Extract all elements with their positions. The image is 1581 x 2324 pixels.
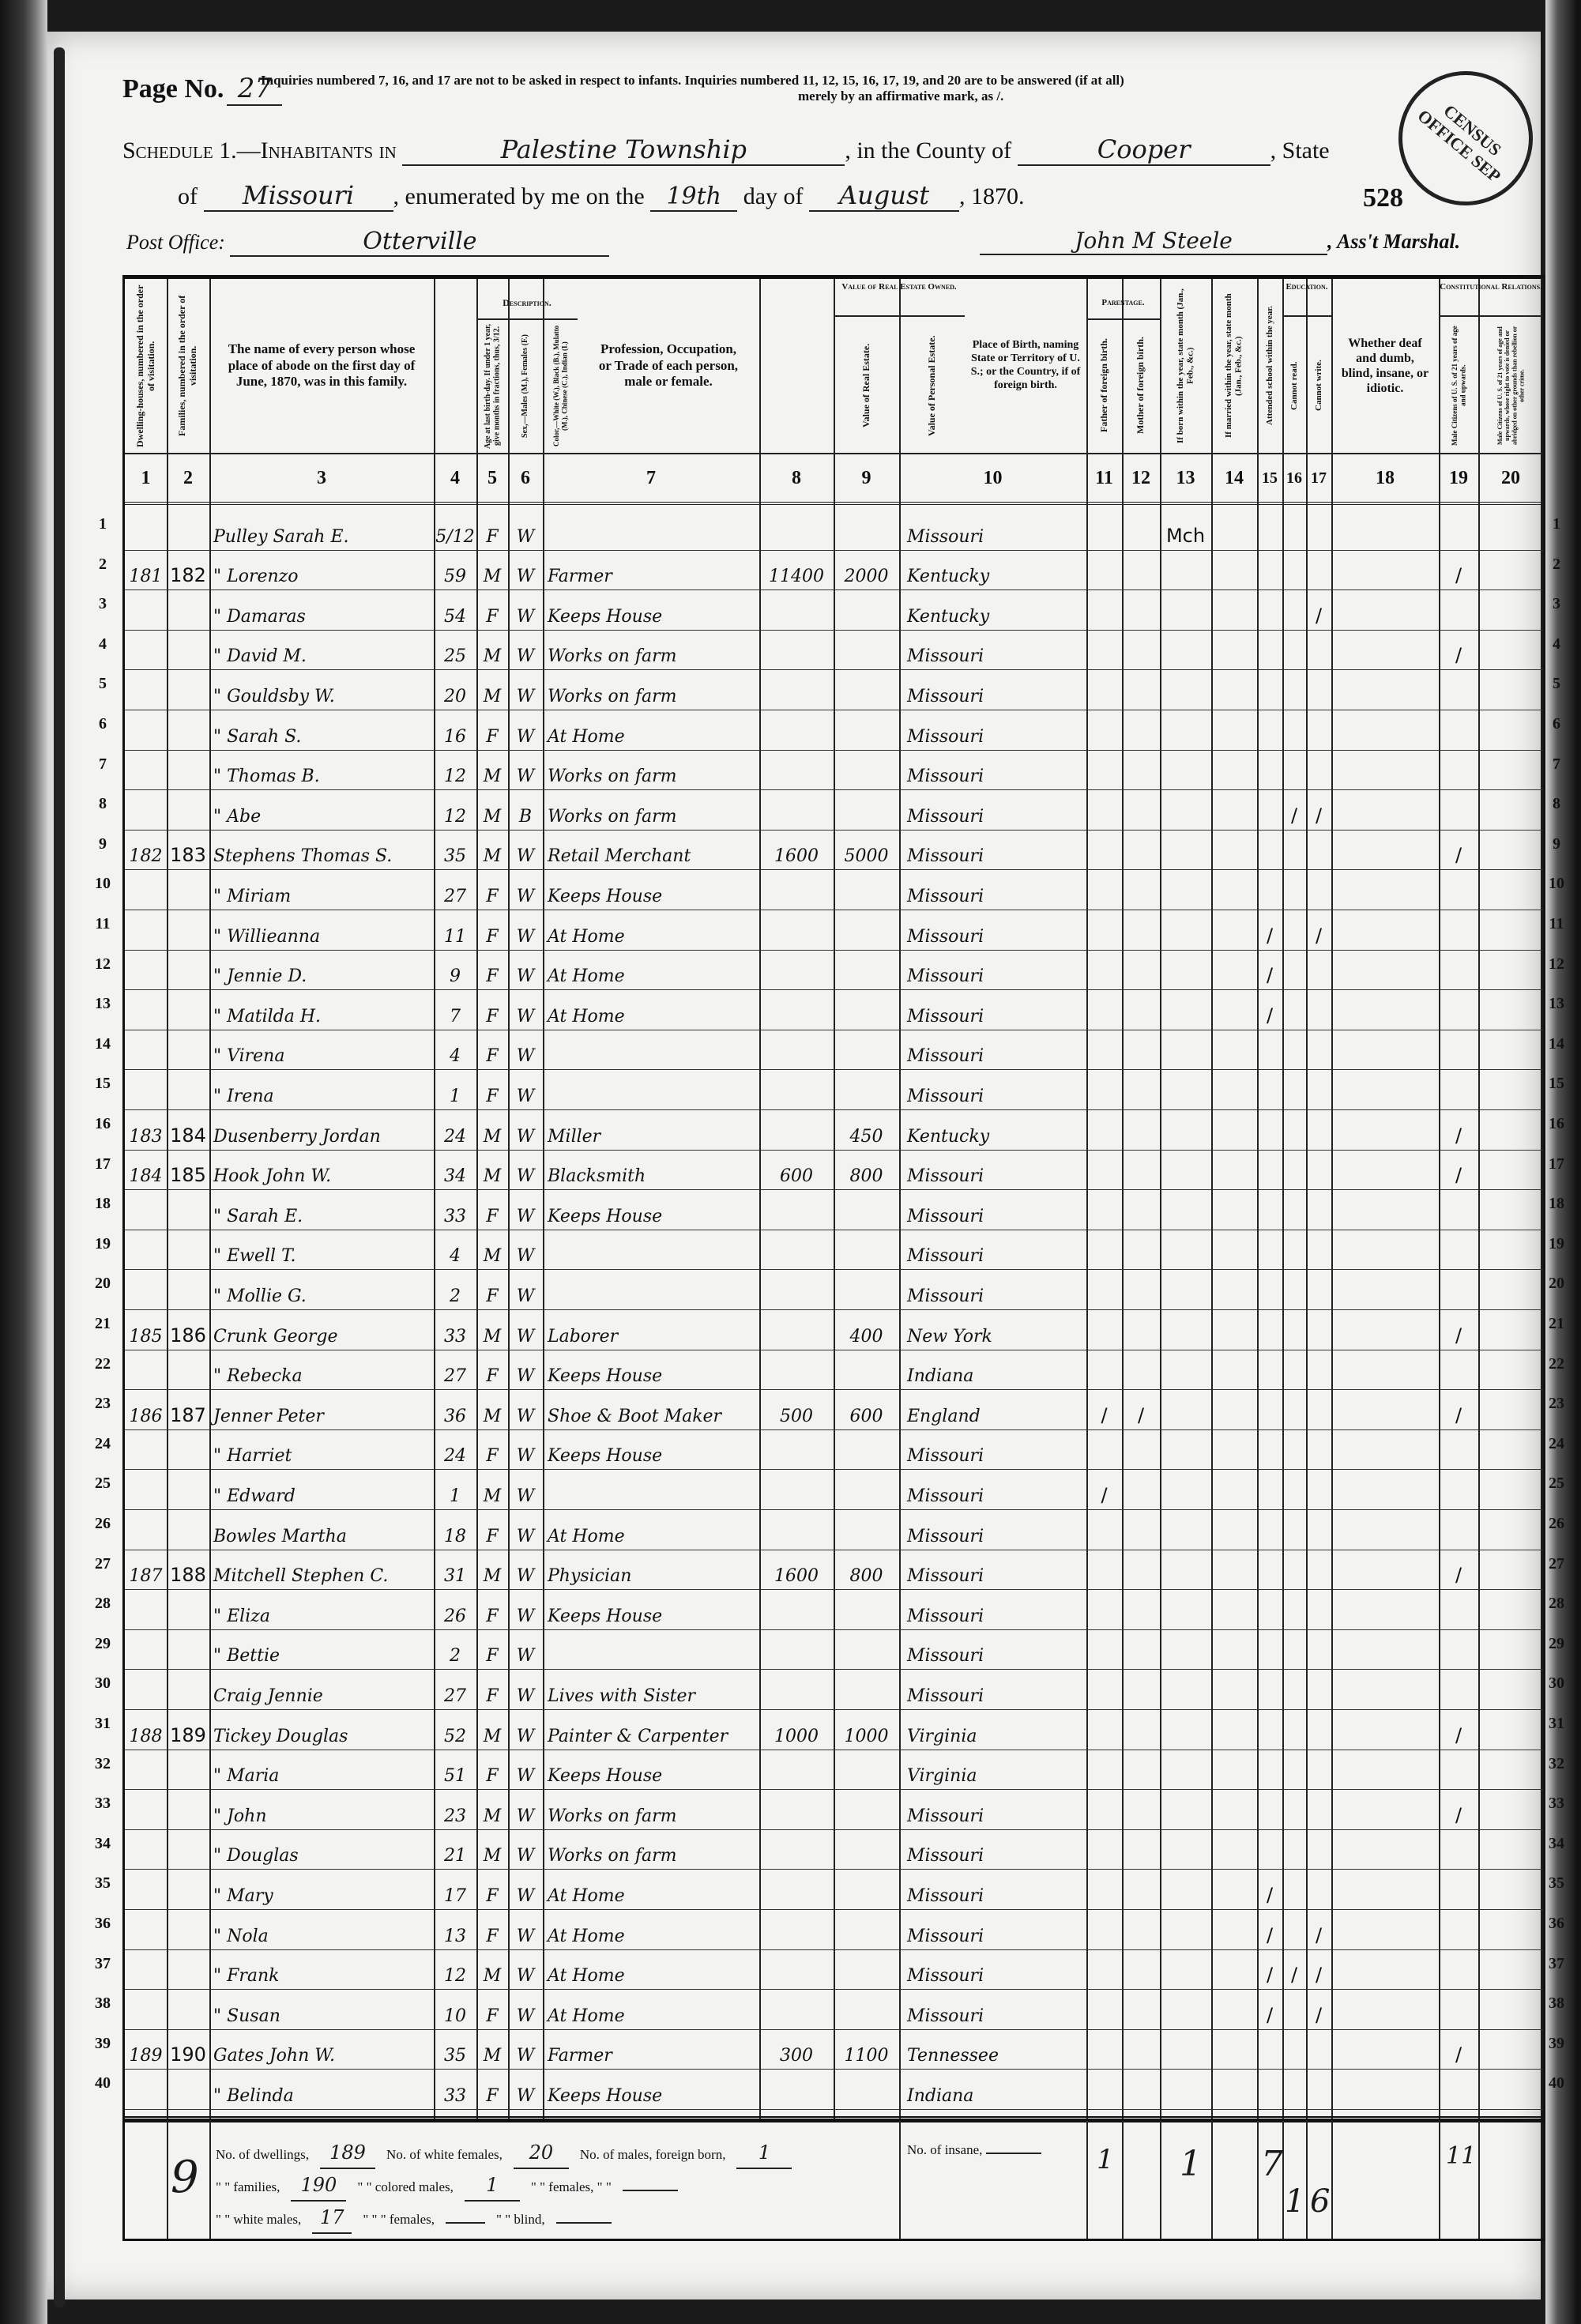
cell-personal <box>834 1350 899 1390</box>
cell-age: 13 <box>434 1909 476 1949</box>
cell-f12 <box>1122 1030 1160 1070</box>
cell-personal <box>834 1589 899 1629</box>
row-number: 30 <box>87 1674 119 1693</box>
cell-f20 <box>1478 1429 1543 1470</box>
cell-f14 <box>1211 1109 1257 1150</box>
cell-f18 <box>1331 1709 1439 1750</box>
table-row: Craig Jennie27FWLives with SisterMissour… <box>125 1669 1543 1710</box>
header-col-18: Whether deaf and dumb, blind, insane, or… <box>1331 279 1439 453</box>
cell-f11 <box>1086 1509 1122 1550</box>
cell-dwelling <box>125 1269 167 1309</box>
row-number: 7 <box>87 755 119 774</box>
cell-f11 <box>1086 510 1122 550</box>
cell-f15 <box>1257 1829 1282 1870</box>
header-col-11: Father of foreign birth. <box>1086 318 1122 453</box>
cell-f15: / <box>1257 910 1282 950</box>
cell-family <box>167 1429 209 1470</box>
cell-f20 <box>1478 2069 1543 2109</box>
cell-age: 18 <box>434 1509 476 1550</box>
row-number: 39 <box>1541 2035 1572 2053</box>
cell-f20 <box>1478 1030 1543 1070</box>
row-number: 16 <box>1541 1115 1572 1133</box>
white-males-value: 17 <box>312 2202 352 2234</box>
instructions-line-2: merely by an affirmative mark, as /. <box>261 89 1398 104</box>
cell-birthplace: Missouri <box>907 1550 1086 1590</box>
cell-color: W <box>508 1989 543 2029</box>
cell-f18 <box>1331 1589 1439 1629</box>
cell-f13 <box>1160 2069 1211 2109</box>
cell-real: 1000 <box>759 1709 834 1750</box>
row-number: 39 <box>87 2035 119 2053</box>
cell-f16 <box>1282 1069 1306 1109</box>
cell-dwelling <box>125 1669 167 1709</box>
header-col-16: Cannot read. <box>1282 318 1306 453</box>
cell-birthplace: Indiana <box>907 1350 1086 1390</box>
cell-f14 <box>1211 910 1257 950</box>
cell-real: 1600 <box>759 1550 834 1590</box>
cell-f14 <box>1211 1469 1257 1509</box>
cell-family <box>167 1750 209 1790</box>
cell-f11 <box>1086 869 1122 910</box>
cell-f12 <box>1122 1469 1160 1509</box>
cell-family: 190 <box>167 2029 209 2070</box>
cell-f12 <box>1122 1789 1160 1829</box>
table-row: " Matilda H.7FWAt HomeMissouri/ <box>125 989 1543 1030</box>
cell-f17 <box>1306 550 1331 590</box>
cell-f19 <box>1439 1509 1478 1550</box>
instructions-line-1: Inquiries numbered 7, 16, and 17 are not… <box>261 73 1398 89</box>
cell-f14 <box>1211 830 1257 870</box>
cell-age: 26 <box>434 1589 476 1629</box>
cell-f17 <box>1306 2029 1331 2070</box>
cell-color: W <box>508 630 543 670</box>
cell-f13 <box>1160 1189 1211 1230</box>
insane-value <box>986 2153 1041 2154</box>
cell-f18 <box>1331 1469 1439 1509</box>
cell-f15 <box>1257 830 1282 870</box>
cell-birthplace: Missouri <box>907 750 1086 790</box>
table-row: " Frank12MWAt HomeMissouri/// <box>125 1949 1543 1991</box>
cell-dwelling <box>125 1469 167 1509</box>
cell-f16 <box>1282 830 1306 870</box>
cell-f19 <box>1439 989 1478 1030</box>
cell-birthplace: Missouri <box>907 830 1086 870</box>
cell-f15 <box>1257 1509 1282 1550</box>
row-number: 34 <box>1541 1835 1572 1853</box>
cell-f16 <box>1282 989 1306 1030</box>
cell-f20 <box>1478 1629 1543 1670</box>
cell-f12 <box>1122 1629 1160 1670</box>
cell-f18 <box>1331 869 1439 910</box>
row-number: 9 <box>1541 835 1572 853</box>
cell-f17: / <box>1306 1949 1331 1990</box>
row-number: 1 <box>1541 515 1572 533</box>
cell-f19 <box>1439 1829 1478 1870</box>
cell-color: W <box>508 1709 543 1750</box>
cell-f11 <box>1086 1629 1122 1670</box>
cell-f14 <box>1211 1629 1257 1670</box>
cell-birthplace: Tennessee <box>907 2029 1086 2070</box>
cell-f16 <box>1282 630 1306 670</box>
cell-family <box>167 1789 209 1829</box>
cell-f18 <box>1331 1949 1439 1990</box>
cell-personal <box>834 1629 899 1670</box>
cell-f12 <box>1122 1989 1160 2029</box>
cell-f16 <box>1282 669 1306 710</box>
cell-personal <box>834 1909 899 1949</box>
table-row: " Virena4FWMissouri <box>125 1030 1543 1071</box>
cell-f18 <box>1331 1750 1439 1790</box>
row-number: 31 <box>87 1715 119 1733</box>
cell-dwelling <box>125 1509 167 1550</box>
cell-f13 <box>1160 1709 1211 1750</box>
cell-f13 <box>1160 1989 1211 2029</box>
cell-real <box>759 750 834 790</box>
cell-family <box>167 1989 209 2029</box>
cell-sex: F <box>476 510 508 550</box>
families-value: 190 <box>291 2170 346 2202</box>
cell-f11 <box>1086 1709 1122 1750</box>
cell-f14 <box>1211 1150 1257 1190</box>
cell-f19: / <box>1439 1789 1478 1829</box>
cell-f19 <box>1439 1949 1478 1990</box>
cell-family <box>167 1469 209 1509</box>
cell-f15 <box>1257 1309 1282 1350</box>
cell-personal: 800 <box>834 1150 899 1190</box>
table-row: " Mary17FWAt HomeMissouri/ <box>125 1869 1543 1910</box>
table-row: " John23MWWorks on farmMissouri/ <box>125 1789 1543 1830</box>
cell-f20 <box>1478 1309 1543 1350</box>
cell-f15 <box>1257 1109 1282 1150</box>
cell-f16 <box>1282 1309 1306 1350</box>
cell-real: 11400 <box>759 550 834 590</box>
cell-f20 <box>1478 589 1543 630</box>
cell-sex: F <box>476 1989 508 2029</box>
table-row: " Bettie2FWMissouri <box>125 1629 1543 1670</box>
cell-f12 <box>1122 2029 1160 2070</box>
cell-color: W <box>508 1069 543 1109</box>
cell-real <box>759 589 834 630</box>
cell-f11 <box>1086 950 1122 990</box>
cell-birthplace: Virginia <box>907 1750 1086 1790</box>
cell-real: 300 <box>759 2029 834 2070</box>
row-number: 40 <box>87 2074 119 2092</box>
cell-personal <box>834 869 899 910</box>
cell-f14 <box>1211 1709 1257 1750</box>
cell-f20 <box>1478 910 1543 950</box>
cell-f13 <box>1160 710 1211 750</box>
col-num: 3 <box>209 454 434 502</box>
cell-f16 <box>1282 1589 1306 1629</box>
schedule-label: Schedule 1.—Inhabitants in <box>122 137 397 164</box>
cell-f12 <box>1122 1829 1160 1870</box>
row-number: 29 <box>87 1635 119 1653</box>
cell-real <box>759 1509 834 1550</box>
cell-age: 27 <box>434 1350 476 1390</box>
cell-f16 <box>1282 2029 1306 2070</box>
cell-f19 <box>1439 1069 1478 1109</box>
cell-f19 <box>1439 710 1478 750</box>
cell-age: 24 <box>434 1109 476 1150</box>
cell-dwelling <box>125 950 167 990</box>
row-number: 18 <box>87 1195 119 1213</box>
cell-f17 <box>1306 1629 1331 1670</box>
cell-personal <box>834 710 899 750</box>
row-number: 26 <box>87 1515 119 1533</box>
header-col-12: Mother of foreign birth. <box>1122 318 1160 453</box>
cell-f20 <box>1478 989 1543 1030</box>
day-value: 19th <box>650 183 737 212</box>
cell-age: 12 <box>434 789 476 830</box>
row-number: 11 <box>1541 915 1572 933</box>
cell-color: W <box>508 510 543 550</box>
cell-f17 <box>1306 1750 1331 1790</box>
cell-f11 <box>1086 1230 1122 1270</box>
cell-f16 <box>1282 1750 1306 1790</box>
cell-real <box>759 1030 834 1070</box>
cell-f12 <box>1122 1069 1160 1109</box>
col-num: 8 <box>759 454 834 502</box>
row-number: 10 <box>1541 875 1572 893</box>
cell-personal <box>834 1269 899 1309</box>
sheet-number: 528 <box>1363 183 1403 213</box>
cell-f11 <box>1086 1429 1122 1470</box>
cell-f15 <box>1257 750 1282 790</box>
cell-birthplace: Missouri <box>907 510 1086 550</box>
cell-f15 <box>1257 1189 1282 1230</box>
cell-f16 <box>1282 1550 1306 1590</box>
cell-f12 <box>1122 989 1160 1030</box>
cell-age: 23 <box>434 1789 476 1829</box>
cell-f19: / <box>1439 1109 1478 1150</box>
cell-dwelling <box>125 1189 167 1230</box>
cell-f12 <box>1122 589 1160 630</box>
cell-age: 24 <box>434 1429 476 1470</box>
row-number: 9 <box>87 835 119 853</box>
cell-f11 <box>1086 1350 1122 1390</box>
of-label: of <box>178 183 198 209</box>
cell-birthplace: Missouri <box>907 869 1086 910</box>
cell-dwelling <box>125 589 167 630</box>
white-females-value: 20 <box>514 2138 569 2169</box>
cell-sex: M <box>476 1309 508 1350</box>
cell-f19 <box>1439 869 1478 910</box>
cell-f17 <box>1306 1309 1331 1350</box>
cell-f16 <box>1282 1230 1306 1270</box>
cell-dwelling <box>125 1030 167 1070</box>
instructions: Inquiries numbered 7, 16, and 17 are not… <box>261 73 1398 104</box>
row-number: 29 <box>1541 1635 1572 1653</box>
cell-f15 <box>1257 1629 1282 1670</box>
cell-f12 <box>1122 1429 1160 1470</box>
cell-f13 <box>1160 1389 1211 1429</box>
cell-f19: / <box>1439 630 1478 670</box>
cell-age: 33 <box>434 1309 476 1350</box>
cell-f20 <box>1478 1389 1543 1429</box>
row-number: 37 <box>1541 1955 1572 1973</box>
row-number: 13 <box>1541 995 1572 1013</box>
cell-family: 187 <box>167 1389 209 1429</box>
cell-f15 <box>1257 1589 1282 1629</box>
cell-birthplace: England <box>907 1389 1086 1429</box>
cell-f18 <box>1331 1509 1439 1550</box>
cell-f14 <box>1211 1550 1257 1590</box>
cell-f15 <box>1257 669 1282 710</box>
cell-family <box>167 750 209 790</box>
cell-f12 <box>1122 1709 1160 1750</box>
row-number: 15 <box>87 1075 119 1093</box>
cell-color: W <box>508 1350 543 1390</box>
cell-birthplace: Kentucky <box>907 1109 1086 1150</box>
cell-f20 <box>1478 1750 1543 1790</box>
cell-f14 <box>1211 869 1257 910</box>
row-number: 14 <box>87 1035 119 1053</box>
cell-f18 <box>1331 1269 1439 1309</box>
cell-f20 <box>1478 750 1543 790</box>
cell-f16 <box>1282 1989 1306 2029</box>
col-num: 5 <box>476 454 508 502</box>
cell-sex: F <box>476 1189 508 1230</box>
cell-age: 21 <box>434 1829 476 1870</box>
cell-f18 <box>1331 1150 1439 1190</box>
cell-family <box>167 1189 209 1230</box>
row-number: 6 <box>1541 715 1572 733</box>
cell-f16 <box>1282 1909 1306 1949</box>
cell-f12 <box>1122 910 1160 950</box>
table-row: " Belinda33FWKeeps HouseIndiana <box>125 2069 1543 2110</box>
cell-f15 <box>1257 589 1282 630</box>
cell-color: B <box>508 789 543 830</box>
header-col-20: Male Citizens of U. S. of 21 years of ag… <box>1478 318 1543 453</box>
cell-f19 <box>1439 1909 1478 1949</box>
col-num: 4 <box>434 454 476 502</box>
cell-real <box>759 710 834 750</box>
cell-dwelling <box>125 1989 167 2029</box>
table-row: 183184Dusenberry Jordan24MWMiller450Kent… <box>125 1109 1543 1151</box>
cell-f17 <box>1306 1789 1331 1829</box>
table-row: " Susan10FWAt HomeMissouri// <box>125 1989 1543 2030</box>
group-constitutional: Constitutional Relations. <box>1439 282 1543 317</box>
cell-f17 <box>1306 869 1331 910</box>
cell-f13 <box>1160 869 1211 910</box>
cell-f17: / <box>1306 1989 1331 2029</box>
cell-real: 1600 <box>759 830 834 870</box>
cell-sex: F <box>476 1669 508 1709</box>
cell-f13 <box>1160 1469 1211 1509</box>
cell-f17 <box>1306 2069 1331 2109</box>
cell-personal <box>834 950 899 990</box>
cell-family <box>167 1589 209 1629</box>
cell-age: 5/12 <box>434 510 476 550</box>
foreign-males-value: 1 <box>736 2138 792 2169</box>
row-number: 40 <box>1541 2074 1572 2092</box>
cell-sex: F <box>476 1750 508 1790</box>
cell-f18 <box>1331 1189 1439 1230</box>
table-row: " Abe12MBWorks on farmMissouri// <box>125 789 1543 831</box>
cell-family: 183 <box>167 830 209 870</box>
cell-age: 33 <box>434 2069 476 2109</box>
cell-family <box>167 1069 209 1109</box>
cell-f14 <box>1211 1829 1257 1870</box>
cell-f13 <box>1160 1429 1211 1470</box>
table-row: " Miriam27FWKeeps HouseMissouri <box>125 869 1543 910</box>
cell-f13 <box>1160 1309 1211 1350</box>
row-number: 18 <box>1541 1195 1572 1213</box>
cell-f12 <box>1122 1669 1160 1709</box>
cell-f17 <box>1306 669 1331 710</box>
cell-sex: M <box>476 1949 508 1990</box>
cell-f12 <box>1122 550 1160 590</box>
cell-dwelling <box>125 789 167 830</box>
cell-f12: / <box>1122 1389 1160 1429</box>
header-col-15: Attended school within the year. <box>1257 279 1282 453</box>
cell-f17 <box>1306 1669 1331 1709</box>
row-number: 25 <box>1541 1475 1572 1493</box>
group-description: Description. <box>476 287 578 320</box>
cell-age: 11 <box>434 910 476 950</box>
cell-f20 <box>1478 630 1543 670</box>
cell-f14 <box>1211 1429 1257 1470</box>
cell-f20 <box>1478 1469 1543 1509</box>
enumeration-line: of Missouri, enumerated by me on the 19t… <box>178 180 1025 212</box>
header-col-1: Dwelling-houses, numbered in the order o… <box>125 279 167 453</box>
row-number: 21 <box>87 1315 119 1333</box>
cell-f15 <box>1257 1550 1282 1590</box>
cell-f11 <box>1086 1109 1122 1150</box>
cell-dwelling: 186 <box>125 1389 167 1429</box>
cell-dwelling <box>125 710 167 750</box>
cell-age: 59 <box>434 550 476 590</box>
cell-f12 <box>1122 1550 1160 1590</box>
row-number: 16 <box>87 1115 119 1133</box>
cell-f16 <box>1282 1189 1306 1230</box>
cell-f18 <box>1331 1550 1439 1590</box>
cell-f17 <box>1306 989 1331 1030</box>
cell-f13: Mch <box>1160 510 1211 550</box>
table-row: " Douglas21MWWorks on farmMissouri <box>125 1829 1543 1870</box>
cell-sex: M <box>476 1469 508 1509</box>
cell-f16 <box>1282 550 1306 590</box>
cell-family <box>167 789 209 830</box>
cell-f14 <box>1211 1750 1257 1790</box>
cell-f17 <box>1306 1709 1331 1750</box>
col-num: 10 <box>899 454 1086 502</box>
cell-age: 7 <box>434 989 476 1030</box>
cell-color: W <box>508 1550 543 1590</box>
cell-f11 <box>1086 1829 1122 1870</box>
cell-f12 <box>1122 1309 1160 1350</box>
cell-personal: 1100 <box>834 2029 899 2070</box>
cell-f13 <box>1160 1869 1211 1909</box>
cell-color: W <box>508 1750 543 1790</box>
header-col-9: Value of Personal Estate. <box>899 318 965 453</box>
cell-color: W <box>508 669 543 710</box>
marshal-signature: John M Steele <box>980 228 1327 255</box>
cell-personal <box>834 1030 899 1070</box>
cell-age: 17 <box>434 1869 476 1909</box>
cell-personal <box>834 1829 899 1870</box>
cell-birthplace: Missouri <box>907 630 1086 670</box>
cell-f13 <box>1160 550 1211 590</box>
cell-dwelling <box>125 1909 167 1949</box>
cell-f12 <box>1122 1150 1160 1190</box>
cell-sex: F <box>476 950 508 990</box>
table-row: Bowles Martha18FWAt HomeMissouri <box>125 1509 1543 1550</box>
cell-f17 <box>1306 1509 1331 1550</box>
cell-personal: 450 <box>834 1109 899 1150</box>
cell-real <box>759 1829 834 1870</box>
cell-f13 <box>1160 1949 1211 1990</box>
